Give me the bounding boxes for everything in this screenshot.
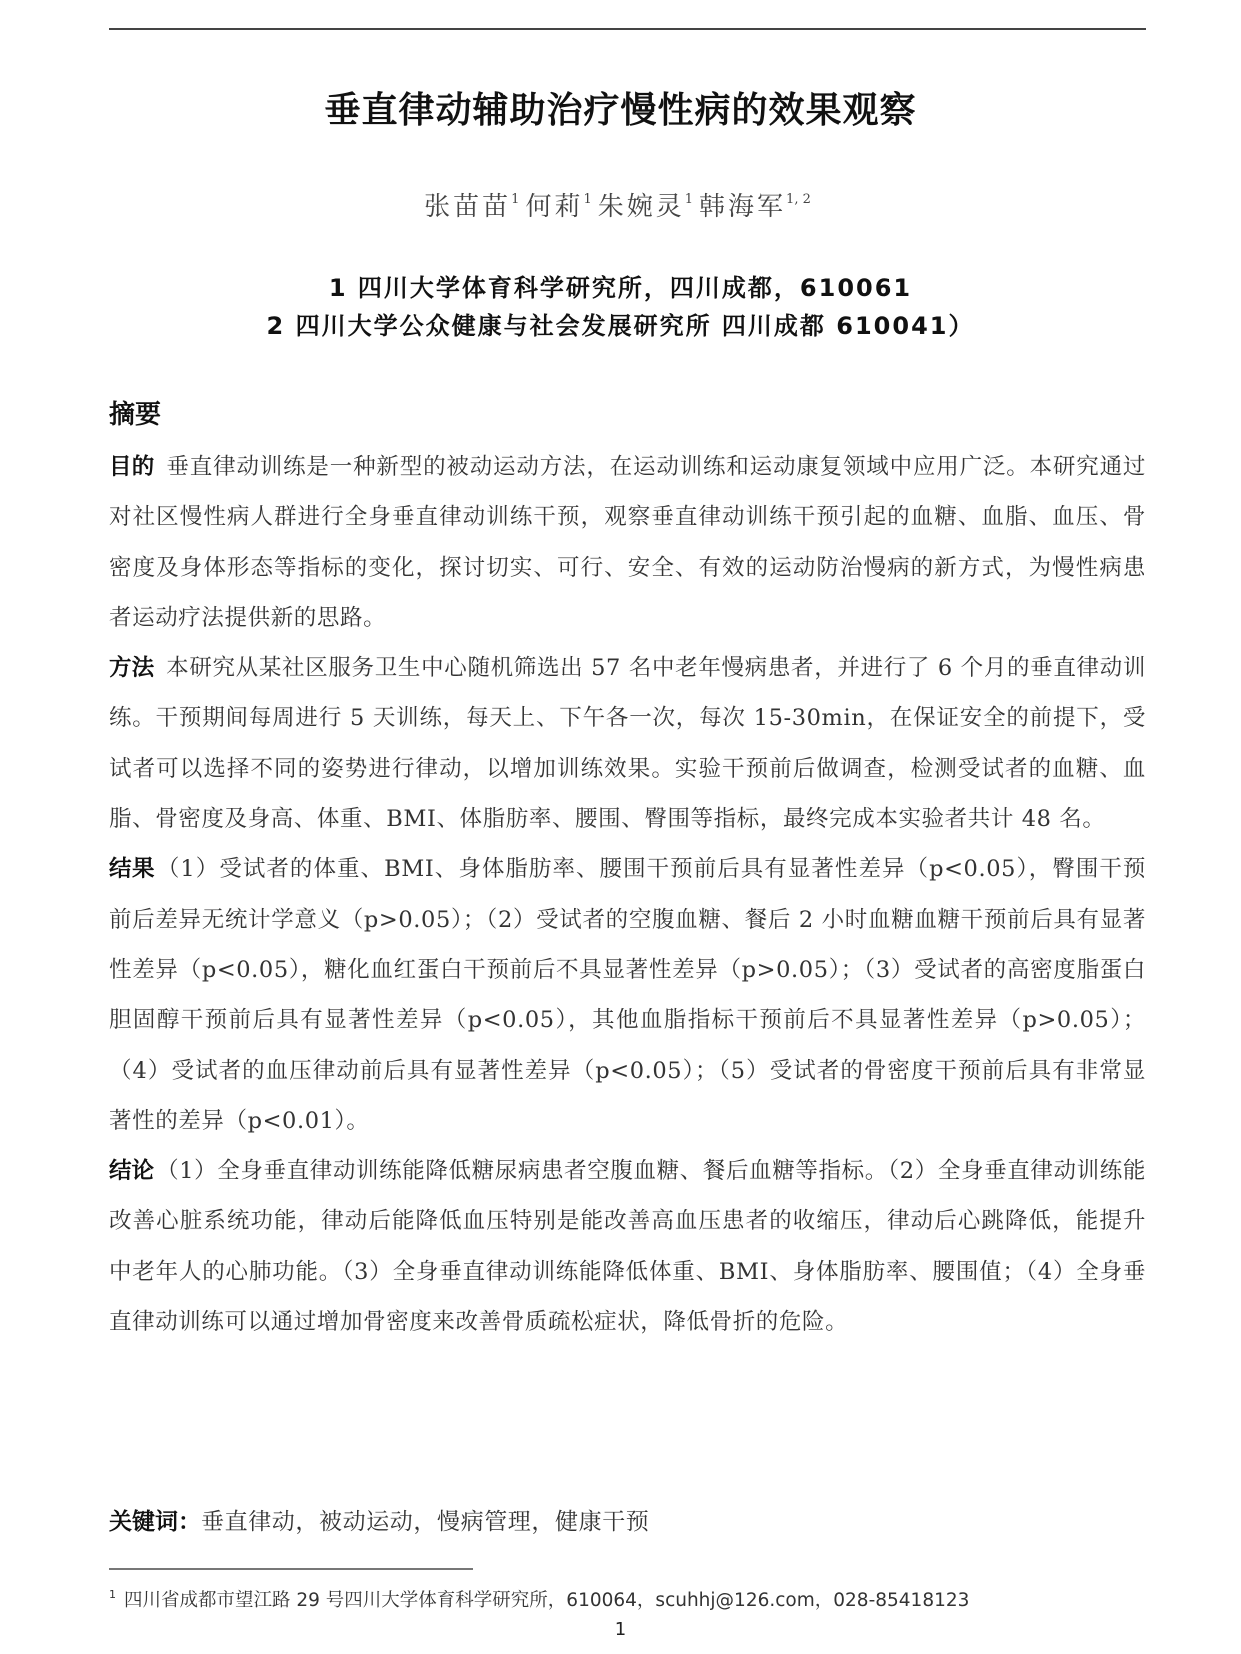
section-label-methods: 方法 (109, 655, 154, 681)
author-name: 张苗苗 (424, 192, 511, 222)
author-affil-marker: 1, 2 (786, 192, 811, 207)
paper-title: 垂直律动辅助治疗慢性病的效果观察 (0, 82, 1241, 133)
author-list: 张苗苗1何莉1朱婉灵1韩海军1, 2 (0, 186, 1241, 223)
page-number: 1 (0, 1619, 1241, 1640)
footnote-text: 四川省成都市望江路 29 号四川大学体育科学研究所，610064，scuhhj@… (124, 1590, 969, 1611)
abstract-body: 目的垂直律动训练是一种新型的被动运动方法，在运动训练和运动康复领域中应用广泛。本… (109, 442, 1146, 1347)
keywords-text: 垂直律动，被动运动，慢病管理，健康干预 (201, 1509, 649, 1535)
author-affil-marker: 1 (511, 192, 519, 207)
keywords: 关键词：垂直律动，被动运动，慢病管理，健康干预 (109, 1503, 649, 1536)
footnote-rule (109, 1568, 473, 1570)
keywords-label: 关键词： (109, 1509, 201, 1535)
author-name: 韩海军 (699, 192, 786, 222)
author-name: 何莉 (525, 192, 583, 222)
abstract-heading: 摘要 (109, 394, 161, 431)
section-text-methods: 本研究从某社区服务卫生中心随机筛选出 57 名中老年慢病患者，并进行了 6 个月… (109, 655, 1146, 832)
abstract-conclusion: 结论（1）全身垂直律动训练能降低糖尿病患者空腹血糖、餐后血糖等指标。（2）全身垂… (109, 1146, 1146, 1347)
author-affil-marker: 1 (685, 192, 693, 207)
section-text-objective: 垂直律动训练是一种新型的被动运动方法，在运动训练和运动康复领域中应用广泛。本研究… (109, 454, 1146, 631)
section-text-results: （1）受试者的体重、BMI、身体脂肪率、腰围干预前后具有显著性差异（p<0.05… (109, 856, 1146, 1133)
abstract-objective: 目的垂直律动训练是一种新型的被动运动方法，在运动训练和运动康复领域中应用广泛。本… (109, 442, 1146, 643)
abstract-methods: 方法本研究从某社区服务卫生中心随机筛选出 57 名中老年慢病患者，并进行了 6 … (109, 643, 1146, 844)
affiliation-1: 1 四川大学体育科学研究所，四川成都，610061 (0, 268, 1241, 303)
section-text-conclusion: （1）全身垂直律动训练能降低糖尿病患者空腹血糖、餐后血糖等指标。（2）全身垂直律… (109, 1158, 1146, 1335)
affiliation-2: 2 四川大学公众健康与社会发展研究所 四川成都 610041） (0, 306, 1241, 341)
section-label-conclusion: 结论 (109, 1158, 154, 1184)
section-label-results: 结果 (109, 856, 155, 882)
header-rule (109, 28, 1146, 30)
author-affil-marker: 1 (583, 192, 591, 207)
footnote-marker: 1 (109, 1588, 116, 1601)
footnote: 1四川省成都市望江路 29 号四川大学体育科学研究所，610064，scuhhj… (109, 1586, 969, 1612)
section-label-objective: 目的 (109, 454, 154, 480)
author-name: 朱婉灵 (598, 192, 685, 222)
abstract-results: 结果（1）受试者的体重、BMI、身体脂肪率、腰围干预前后具有显著性差异（p<0.… (109, 844, 1146, 1146)
